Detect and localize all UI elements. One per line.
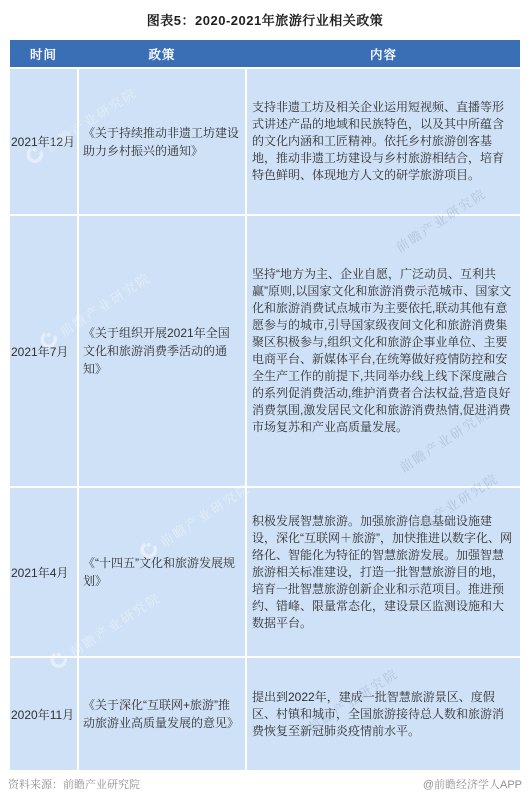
table-header-policy: 政策 bbox=[79, 40, 245, 67]
content-cell: 提出到2022年，建成一批智慧旅游景区、度假区、村镇和城市，全国旅游接待总人数和… bbox=[247, 658, 520, 770]
time-cell: 2021年12月 bbox=[10, 69, 77, 214]
time-cell: 2021年4月 bbox=[10, 488, 77, 656]
table-header-time: 时间 bbox=[10, 40, 77, 67]
source-note: 资料来源：前瞻产业研究院 bbox=[8, 776, 140, 792]
table-row: 2021年12月 《关于持续推动非遗工坊建设助力乡村振兴的通知》 支持非遗工坊及… bbox=[10, 69, 520, 214]
page-title: 图表5：2020-2021年旅游行业相关政策 bbox=[0, 10, 530, 29]
page-footer: 资料来源：前瞻产业研究院 @前瞻经济学人APP bbox=[8, 776, 522, 792]
content-cell: 积极发展智慧旅游。加强旅游信息基础设施建设，深化“互联网＋旅游”，加快推进以数字… bbox=[247, 488, 520, 656]
table-row: 2020年11月 《关于深化“互联网+旅游”推动旅游业高质量发展的意见》 提出到… bbox=[10, 658, 520, 770]
content-cell: 支持非遗工坊及相关企业运用短视频、直播等形式讲述产品的地域和民族特色，以及其中所… bbox=[247, 69, 520, 214]
brand-note: @前瞻经济学人APP bbox=[423, 776, 522, 792]
policy-cell: 《关于组织开展2021年全国文化和旅游消费季活动的通知》 bbox=[79, 216, 245, 486]
table-row: 2021年7月 《关于组织开展2021年全国文化和旅游消费季活动的通知》 坚持“… bbox=[10, 216, 520, 486]
time-cell: 2021年7月 bbox=[10, 216, 77, 486]
table-header-row: 时间 政策 内容 bbox=[10, 40, 520, 67]
time-cell: 2020年11月 bbox=[10, 658, 77, 770]
policy-table: 时间 政策 内容 2021年12月 《关于持续推动非遗工坊建设助力乡村振兴的通知… bbox=[10, 40, 520, 770]
policy-cell: 《关于持续推动非遗工坊建设助力乡村振兴的通知》 bbox=[79, 69, 245, 214]
policy-cell: 《关于深化“互联网+旅游”推动旅游业高质量发展的意见》 bbox=[79, 658, 245, 770]
table-row: 2021年4月 《“十四五”文化和旅游发展规划》 积极发展智慧旅游。加强旅游信息… bbox=[10, 488, 520, 656]
content-cell: 坚持“地方为主、企业自愿，广泛动员、互利共赢”原则,以国家文化和旅游消费示范城市… bbox=[247, 216, 520, 486]
policy-cell: 《“十四五”文化和旅游发展规划》 bbox=[79, 488, 245, 656]
table-header-content: 内容 bbox=[247, 40, 520, 67]
